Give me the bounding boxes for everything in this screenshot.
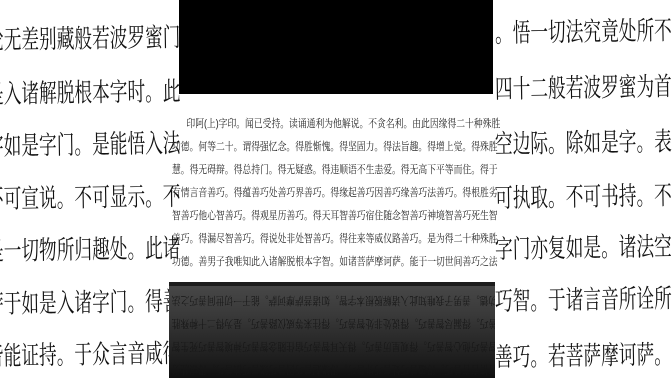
document-page: 轮无差别藏般若波罗蜜门 是入诸解脱根本字时。此 字如是字门。是能悟入法 不可宣说… <box>0 0 672 378</box>
big-text-line-6-left: 萨于如是入诸字门。得善 <box>0 288 181 317</box>
big-text-line-1-left: 轮无差别藏般若波罗蜜门 <box>0 24 181 53</box>
big-text-line-6-right: 巧智。于诸言音所诠所 <box>495 285 672 314</box>
big-text-line-3-right: 空边际。除如是字。表 <box>495 128 672 157</box>
big-text-line-7-right: 善巧。若菩萨摩诃萨。 <box>495 341 672 370</box>
inverted-text-line-2: 善巧。得漏尽智善巧。得说处非处智善巧。得往来等威仪路善巧。是为得二十种殊胜 <box>172 311 495 334</box>
big-text-line-2-right: 四十二般若波罗蜜为首 <box>495 73 672 102</box>
inverted-text-line-3: 智善巧他心智善巧。得观星历善巧。得天耳智善巧宿住随念智善巧神境智善巧死生智 <box>172 334 495 357</box>
small-text-line-5: 智善巧他心智善巧。得观星历善巧。得天耳智善巧宿住随念智善巧神境智善巧死生智 <box>172 205 508 228</box>
inverted-text-line-1: 功德。善男子我唯知此入诸解脱根本字智。如诸菩萨摩诃萨。能于一切世间善巧之法 <box>172 288 495 311</box>
redaction-box <box>179 0 493 94</box>
small-text-line-1: 印阿(上)字印。闻已受持。读诵通利为他解说。不贪名利。由此因缘得二十种殊胜 <box>172 113 508 136</box>
big-text-line-1-right: 。悟一切法究竟处所不 <box>495 17 672 46</box>
big-text-line-7-left: 皆能证持。于众言音咸得 <box>0 340 181 369</box>
small-text-paragraph: 印阿(上)字印。闻已受持。读诵通利为他解说。不贪名利。由此因缘得二十种殊胜 功德… <box>172 113 508 274</box>
inverted-text-box: 功德。善男子我唯知此入诸解脱根本字智。如诸菩萨摩诃萨。能于一切世间善巧之法 善巧… <box>169 282 495 378</box>
big-text-line-5-right: 字门亦复如是。诸法空 <box>495 233 672 262</box>
small-text-line-2: 功德。何等二十。谓得强忆念。得胜惭愧。得坚固力。得法旨趣。得增上觉。得殊胜 <box>172 136 508 159</box>
inverted-text-line-4: 有情言音善巧。得蕴善巧处善巧界善巧。得缘起善巧因善巧缘善巧法善巧。得根胜劣 <box>172 357 495 378</box>
big-text-line-2-left: 是入诸解脱根本字时。此 <box>0 78 181 107</box>
small-text-line-3: 慧。得无碍辩。得总持门。得无疑惑。得违顺语不生恚爱。得无高下平等而住。得于 <box>172 159 508 182</box>
big-text-line-5-left: 是一切物所归趣处。此诸 <box>0 235 181 264</box>
big-text-line-4-left: 不可宣说。不可显示。不 <box>0 183 181 212</box>
small-text-line-4: 有情言音善巧。得蕴善巧处善巧界善巧。得缘起善巧因善巧缘善巧法善巧。得根胜劣 <box>172 182 508 205</box>
big-text-line-4-right: 可执取。不可书持。不 <box>495 182 672 211</box>
small-text-line-7: 功德。善男子我唯知此入诸解脱根本字智。如诸菩萨摩诃萨。能于一切世间善巧之法 <box>172 251 508 274</box>
small-text-line-6: 善巧。得漏尽智善巧。得说处非处智善巧。得往来等威仪路善巧。是为得二十种殊胜 <box>172 228 508 251</box>
big-text-line-3-left: 字如是字门。是能悟入法 <box>0 130 181 159</box>
